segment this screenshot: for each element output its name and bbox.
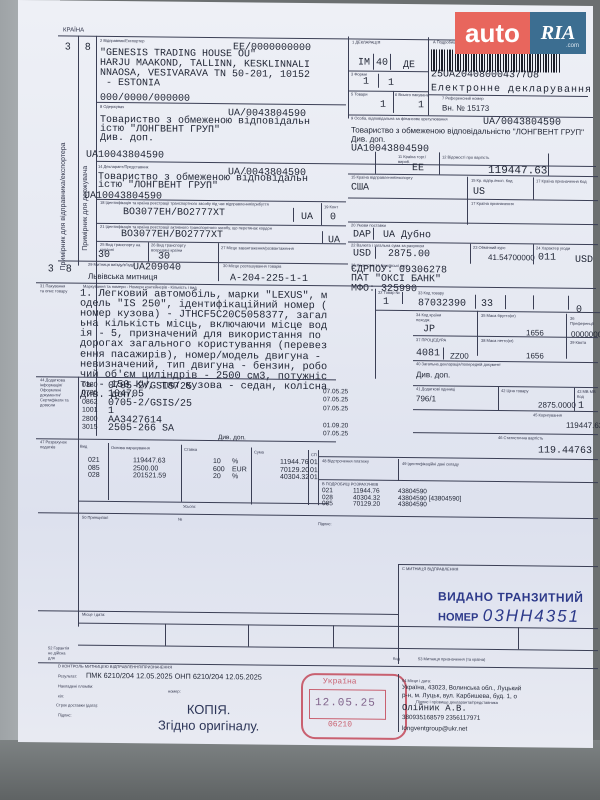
copy-stamp-line-1: КОПІЯ.: [158, 701, 259, 717]
country-label: КРАЇНА: [63, 27, 84, 33]
payment-details-rows: 02111944.764380459002840304.3243804590 […: [18, 0, 593, 6]
previous-doc: Див. доп.: [416, 370, 450, 379]
delivery-terms-code: DAP: [353, 231, 371, 241]
control-label: D КОНТРОЛЬ МИТНИЦЕЮ ВІДПРАВЛЕННЯ/ПРИЗНАЧ…: [58, 663, 172, 669]
transit-prefix: НОМЕР: [438, 611, 478, 623]
valuation-method-label: 43 МВ МВ Код: [577, 389, 597, 399]
forms-value-1: 1: [363, 78, 369, 88]
stamp-number: 06210: [328, 720, 352, 729]
declaration-type-3: ДЕ: [403, 61, 415, 71]
additional-info-code: 1001: [82, 407, 98, 414]
origin-country: JP: [423, 325, 435, 335]
item-number-label: 32 Товар №: [378, 290, 400, 295]
procedure-code: 4081: [416, 349, 440, 359]
additional-info-value: 2505-266 SA: [108, 423, 174, 435]
copy-label-holder: Примірник для держувача: [82, 166, 89, 251]
principal-sign-label: Підпис:: [318, 521, 332, 526]
invoice-amount: 2875.00: [388, 250, 430, 260]
header-cell-1: 3: [65, 41, 71, 52]
adjustment: 119447.63: [566, 421, 600, 430]
tax-base: 119447.63: [133, 457, 166, 464]
exit-office-name: Львівська митниця: [88, 272, 158, 282]
control-result: ПМК 6210/204 12.05.2025 ОНП 6210/204 12.…: [86, 671, 262, 682]
transit-number-stamp: ВИДАНО ТРАНЗИТНИЙ НОМЕР 03НН4351: [438, 589, 583, 627]
tax-type: 028: [88, 472, 100, 479]
tax-sum: 40304.32: [280, 474, 309, 481]
additional-info-code: 2800: [82, 415, 98, 422]
container-value: 0: [330, 213, 336, 223]
seal-number-label: номер:: [168, 689, 181, 694]
additional-info-date: 07.05.25: [323, 388, 348, 395]
tax-unit: %: [232, 473, 238, 480]
net-mass-label: 38 Маса нетто(кг): [481, 338, 514, 343]
delivery-place: UA Дубно: [383, 231, 431, 242]
autoria-logo-auto: auto: [455, 12, 530, 54]
commodity-code-ext: 33: [481, 300, 493, 310]
packages-label: 6 Всього пакувань: [395, 92, 429, 97]
consignee-label: 8 Одержувач: [100, 104, 124, 109]
transaction-currency: USD: [575, 256, 593, 266]
origin-country-label: 34 Код країни походж.: [416, 312, 456, 322]
tax-header-rate: Ставка: [184, 447, 197, 452]
guarantee-code-label: Код: [393, 656, 400, 661]
tax-header-sum: Сума: [254, 449, 264, 454]
destination-code-label: 17 Країна призначення Код: [536, 178, 587, 184]
additional-info-code: 0862: [82, 398, 98, 405]
net-mass: 1656: [526, 351, 544, 360]
signatory-label: 54 Місце і дата:: [402, 678, 431, 683]
additional-info-code: 0730: [82, 390, 98, 397]
currency-code: USD: [353, 250, 371, 260]
preference-label: 36 Преференції: [570, 316, 594, 326]
payment-ref: 43804590: [398, 501, 427, 508]
commodity-code-label: 33 Код товару: [418, 290, 444, 295]
principal-label: 50 Принципал: [82, 515, 108, 520]
tax-calc-label: 47 Розрахунок податків: [40, 439, 75, 449]
forms-value-2: 1: [388, 79, 394, 89]
transaction-nature-label: 24 Характер угоди: [536, 245, 570, 250]
packages-value: 1: [418, 101, 424, 111]
goods-count-value: 1: [380, 101, 386, 111]
customs-seal-stamp: Україна 12.05.25 06210: [301, 673, 407, 740]
goods-description-label: 31 Пакування та опис товару: [40, 283, 70, 293]
tax-sum: 11944.76: [280, 459, 309, 466]
supplementary-units-label: 41 Додаткові одиниці: [416, 386, 455, 391]
payment-details-label: В ПОДРОБИЦІ РОЗРАХУНКІВ: [322, 481, 378, 487]
container-label: 19 Конт: [324, 204, 338, 209]
departure-office-label: С МИТНИЦЯ ВІДПРАВЛЕННЯ: [402, 566, 458, 572]
dispatch-country: США: [351, 183, 369, 193]
seals-label: Накладені пломби:: [58, 683, 93, 688]
additional-info-label: 44 Додаткова інформація/Оформлені докуме…: [40, 377, 70, 407]
additional-info-code: 3015: [82, 424, 98, 431]
guarantee-label: 52 Гарантія не дійсна для: [48, 645, 73, 660]
copy-stamp: КОПІЯ. Згідно оригіналу.: [158, 701, 259, 733]
signatory-address-1: Україна, 43023, Волинська обл., Луцький: [402, 684, 521, 692]
gross-mass-label: 35 Маса брутто(кг): [481, 313, 516, 318]
item-price: 2875.0000: [538, 400, 576, 409]
additional-info-code: 0380: [82, 382, 98, 389]
signatory-email: longventgroup@ukr.net: [402, 725, 467, 733]
tax-type: 021: [88, 457, 100, 464]
loading-place-label: 27 Місце завантаження/розвантаження: [221, 245, 294, 251]
goods-location-label: 30 Місце розташування товарів: [223, 263, 281, 269]
tax-header-type: Вид: [80, 444, 87, 449]
additional-info-date: 07.05.25: [323, 397, 348, 404]
reference-number: Вн. № 15173: [442, 103, 489, 112]
dispatch-code-label: 15 Кр. відпр./експ. Код: [471, 178, 513, 183]
copy-label-exporter: Примірник для відправника/експортера: [60, 142, 67, 270]
tax-rate: 20: [213, 473, 221, 480]
exchange-rate: 41.54700000: [488, 253, 535, 262]
principal-no-label: №: [178, 517, 182, 522]
signatory-phones: 380935168579 2356117971: [402, 714, 480, 722]
procedure-label: 37 ПРОЦЕДУРА: [416, 337, 446, 342]
row-cell-1: 3: [48, 263, 54, 274]
trading-country: EE: [412, 164, 424, 174]
additional-info-date: 07.05.25: [323, 405, 348, 412]
declaration-type-label: 1 ДЕКЛАРАЦІЯ: [352, 39, 380, 44]
financial-person-name: Товариство з обмеженою відповідальністю …: [351, 125, 584, 136]
stamp-date: 12.05.25: [315, 697, 376, 710]
additional-info-list: 03800705-2/GSIS/2507.05.25073010470507.0…: [18, 0, 593, 6]
item-number: 1: [383, 298, 389, 308]
transaction-nature: 011: [538, 253, 556, 263]
tax-type: 085: [88, 464, 100, 471]
delivery-deadline-label: Строк доставки (дата):: [56, 702, 98, 707]
customs-value-label: 12 Відомості про вартість: [442, 154, 489, 159]
transit-number: 03НН4351: [483, 606, 580, 626]
control-result-label: Результат:: [58, 673, 77, 678]
tax-unit: %: [232, 458, 238, 465]
signatory-name: Олійник А.В.: [402, 703, 467, 714]
transport-border-type: 30: [98, 251, 110, 261]
transit-line-1: ВИДАНО ТРАНЗИТНИЙ: [438, 589, 583, 605]
destination-office-label: 53 Митниця призначення (та країна): [418, 656, 485, 662]
transport-border: BO3077EH/BO2777XT: [121, 230, 223, 241]
copy-stamp-line-2: Згідно оригіналу.: [158, 717, 259, 733]
financial-person-label: 9 Особа, відповідальна за фінансове врег…: [351, 115, 447, 121]
tax-header-sp: СП: [311, 452, 317, 457]
dispatch-code: US: [473, 188, 485, 198]
stamp-country: Україна: [323, 677, 357, 686]
payment-code: 085: [322, 500, 333, 507]
exporter-label: 2 Відправник/Експортер: [100, 38, 145, 43]
payment-sum: 70129.20: [353, 501, 380, 508]
tax-header-base: Основа нарахування: [111, 445, 150, 450]
reference-number-label: 7 Референсний номер: [442, 95, 484, 100]
statistical-value: 119.44763: [538, 446, 592, 457]
control-signature-label: Підпис:: [58, 712, 72, 717]
supplementary-units: 796/1: [416, 394, 436, 403]
delivery-terms-label: 20 Умови поставки: [351, 222, 386, 227]
destination-country-label: 17 Країна призначення: [471, 201, 514, 206]
tax-sp: 01: [310, 467, 318, 474]
seal-count-label: кіл:: [58, 693, 64, 698]
goods-count-label: 5 Товари: [351, 91, 367, 96]
declarant-label: 14 Декларант/Представник: [98, 164, 148, 170]
item-price-label: 42 Ціна товару: [501, 388, 528, 393]
commodity-code: 87032390: [418, 299, 466, 310]
exporter-address-3: - ESTONIA: [100, 79, 160, 90]
warehouse-label: 49 Ідентифікаційні дані складу: [402, 461, 459, 467]
transport-departure-country: UA: [301, 213, 313, 223]
tax-rate: 600: [213, 466, 225, 473]
place-date-label: Місце і дата:: [82, 612, 105, 617]
currency-amount-label: 22 Валюта і загальна сума за рахунком: [351, 242, 424, 248]
declaration-type-2: 40: [376, 59, 388, 69]
customs-declaration-document: КРАЇНА 3 8 Примірник для відправника/екс…: [18, 0, 593, 748]
table-surface: [0, 740, 600, 800]
additional-info-value: 0705-2/GSIS/25: [108, 398, 192, 410]
transport-border-country: UA: [328, 236, 340, 246]
quota-label: 39 Квота: [570, 340, 586, 345]
consignee-see-additional: Див. доп.: [100, 134, 154, 145]
tax-sum: 70129.20: [280, 466, 309, 473]
financial-person-see-additional: Див. доп.: [351, 134, 385, 143]
exchange-rate-label: 23 Обмінний курс: [473, 245, 506, 250]
declaration-type-1: ІМ: [358, 59, 370, 69]
transport-departure: BO3077EH/BO2777XT: [123, 208, 225, 219]
statistical-value-label: 46 Статистична вартість: [498, 435, 543, 440]
tax-rate: 10: [213, 458, 221, 465]
tax-base: 2500.00: [133, 465, 158, 472]
tax-unit: EUR: [232, 466, 247, 473]
previous-doc-label: 40 Загальна декларація/попередній докуме…: [416, 361, 501, 367]
tax-total-label: Усього:: [183, 504, 196, 509]
deferred-payment-label: 48 Відстрочення платежу: [322, 458, 369, 463]
procedure-ext: ZZ00: [450, 352, 469, 361]
tax-sp: 01: [310, 459, 318, 466]
tax-base: 201521.59: [133, 472, 166, 479]
additional-info-date: 01.09.20: [323, 422, 348, 429]
autoria-logo-suffix: .com: [566, 43, 579, 49]
declaration-number: 25UA204080004377U8: [431, 70, 539, 81]
tax-calc-rows: 021119447.6310%11944.76010852500.00600EU…: [18, 0, 593, 6]
row-cell-2: 8: [66, 264, 72, 275]
additional-info-date: 07.05.25: [323, 430, 348, 437]
exit-office-label: 29 Митниця виїзду/в'їзду: [88, 262, 134, 267]
adjustment-label: 45 Коригування: [533, 412, 562, 417]
header-cell-2: 8: [85, 42, 91, 53]
dispatch-country-label: 15 Країна відправлення/експорту: [351, 174, 413, 180]
tax-sp: 01: [310, 474, 318, 481]
